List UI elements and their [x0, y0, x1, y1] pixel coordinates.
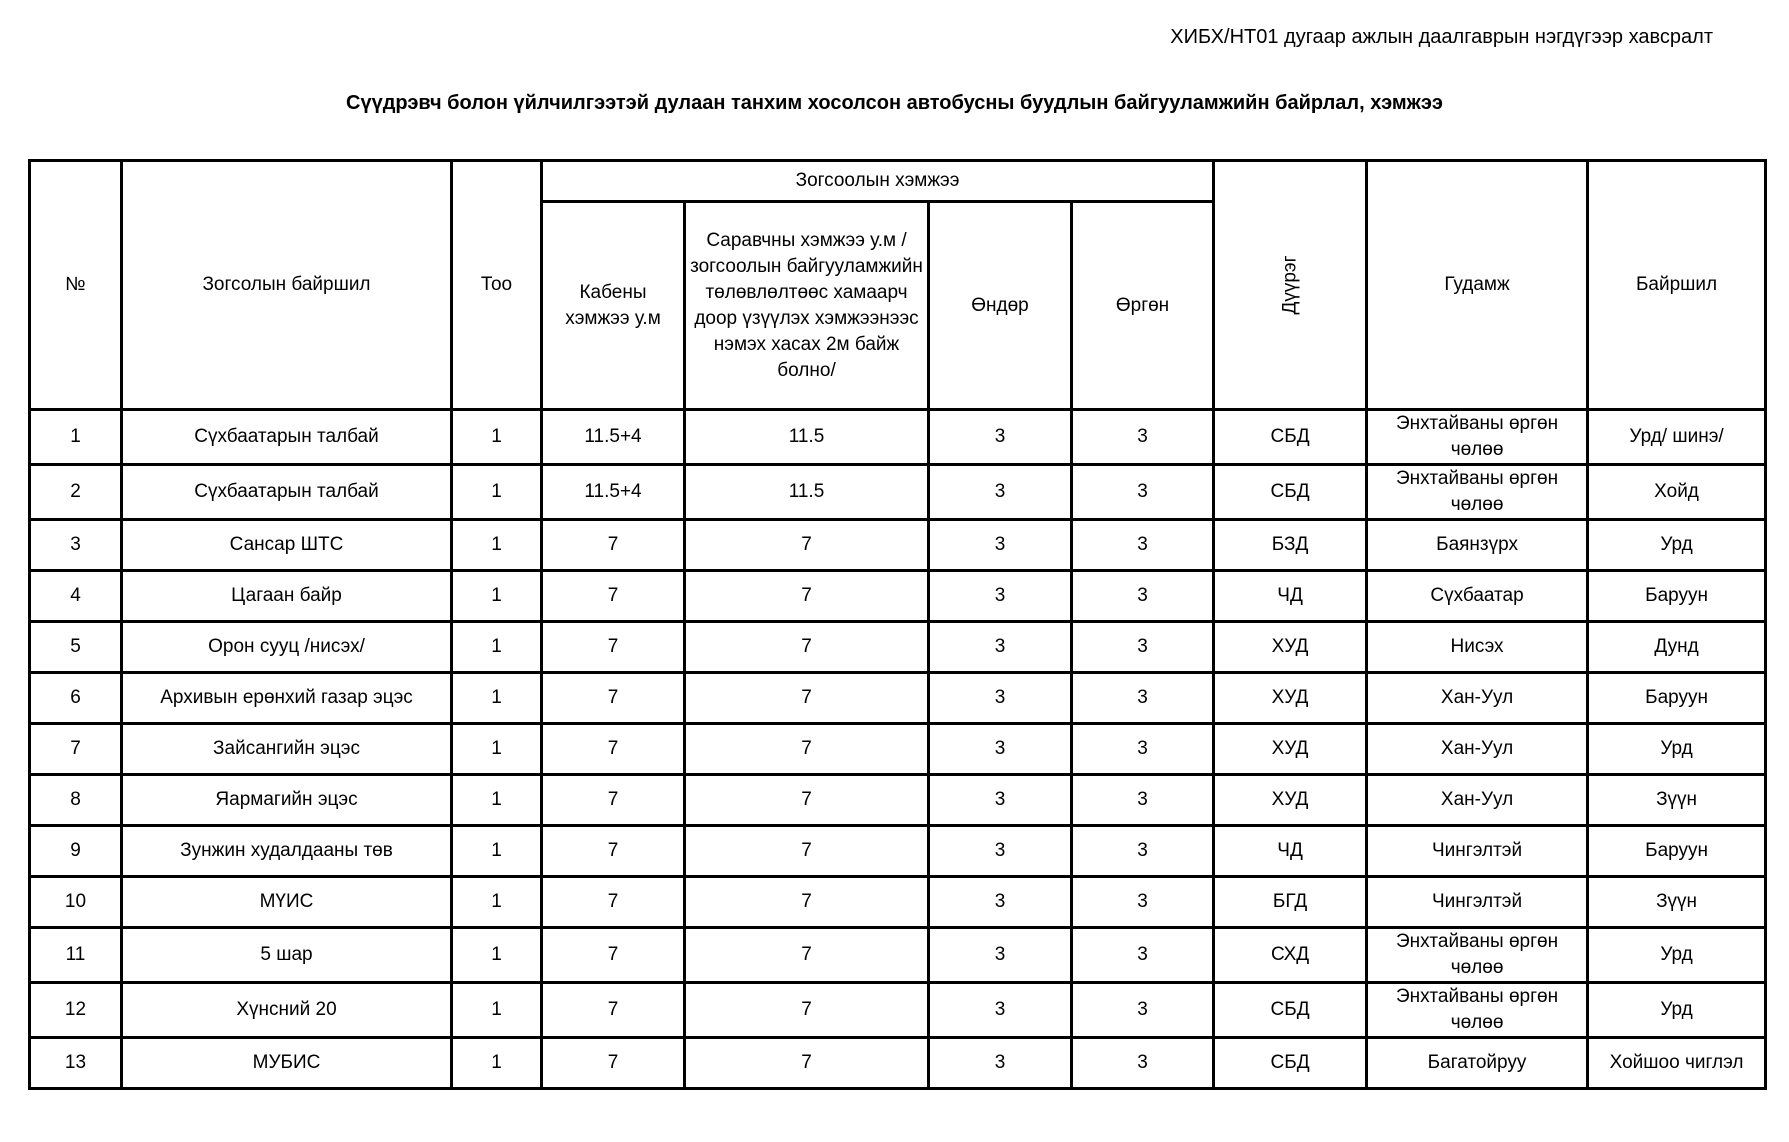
- cell-district: ЧД: [1214, 571, 1367, 622]
- table-row: 9Зунжин худалдааны төв17733ЧДЧингэлтэйБа…: [30, 826, 1766, 877]
- document-title: Сүүдрэвч болон үйлчилгээтэй дулаан танхи…: [0, 92, 1789, 115]
- cell-count: 1: [452, 983, 542, 1038]
- cell-height: 3: [929, 1038, 1072, 1089]
- cell-canopy: 11.5: [685, 465, 929, 520]
- header-height: Өндөр: [929, 202, 1072, 410]
- cell-district: СБД: [1214, 465, 1367, 520]
- table-row: 1Сүхбаатарын талбай111.5+411.533СБДЭнхта…: [30, 410, 1766, 465]
- cell-canopy: 7: [685, 1038, 929, 1089]
- cell-width: 3: [1072, 571, 1214, 622]
- cell-no: 4: [30, 571, 122, 622]
- cell-cabin: 7: [542, 520, 685, 571]
- cell-district: ХУД: [1214, 775, 1367, 826]
- cell-street: Хан-Уул: [1367, 673, 1588, 724]
- cell-no: 12: [30, 983, 122, 1038]
- cell-street: Хан-Уул: [1367, 724, 1588, 775]
- cell-no: 5: [30, 622, 122, 673]
- cell-width: 3: [1072, 673, 1214, 724]
- annex-label: ХИБХ/НТ01 дугаар ажлын даалгаврын нэгдүг…: [1170, 26, 1713, 49]
- header-size-group: Зогсоолын хэмжээ: [542, 161, 1214, 202]
- table-row: 12Хүнсний 2017733СБДЭнхтайваны өргөн чөл…: [30, 983, 1766, 1038]
- cell-count: 1: [452, 826, 542, 877]
- cell-location: Орон сууц /нисэх/: [122, 622, 452, 673]
- cell-position: Баруун: [1588, 826, 1766, 877]
- cell-street: Энхтайваны өргөн чөлөө: [1367, 410, 1588, 465]
- cell-position: Баруун: [1588, 673, 1766, 724]
- bus-stop-table: № Зогсолын байршил Тоо Зогсоолын хэмжээ …: [28, 159, 1767, 1090]
- cell-count: 1: [452, 877, 542, 928]
- cell-street: Хан-Уул: [1367, 775, 1588, 826]
- cell-count: 1: [452, 571, 542, 622]
- cell-position: Хойшоо чиглэл: [1588, 1038, 1766, 1089]
- cell-canopy: 7: [685, 826, 929, 877]
- cell-location: Хүнсний 20: [122, 983, 452, 1038]
- table-row: 5Орон сууц /нисэх/17733ХУДНисэхДунд: [30, 622, 1766, 673]
- cell-location: Зунжин худалдааны төв: [122, 826, 452, 877]
- cell-height: 3: [929, 983, 1072, 1038]
- cell-height: 3: [929, 724, 1072, 775]
- cell-location: Цагаан байр: [122, 571, 452, 622]
- cell-cabin: 11.5+4: [542, 410, 685, 465]
- cell-position: Баруун: [1588, 571, 1766, 622]
- cell-street: Чингэлтэй: [1367, 826, 1588, 877]
- cell-height: 3: [929, 465, 1072, 520]
- cell-cabin: 7: [542, 571, 685, 622]
- cell-width: 3: [1072, 877, 1214, 928]
- table-row: 7Зайсангийн эцэс17733ХУДХан-УулУрд: [30, 724, 1766, 775]
- cell-count: 1: [452, 724, 542, 775]
- cell-count: 1: [452, 1038, 542, 1089]
- cell-street: Нисэх: [1367, 622, 1588, 673]
- cell-district: СБД: [1214, 983, 1367, 1038]
- cell-cabin: 7: [542, 928, 685, 983]
- cell-count: 1: [452, 622, 542, 673]
- cell-count: 1: [452, 520, 542, 571]
- header-count: Тоо: [452, 161, 542, 410]
- cell-cabin: 7: [542, 724, 685, 775]
- cell-width: 3: [1072, 983, 1214, 1038]
- cell-position: Зүүн: [1588, 775, 1766, 826]
- cell-location: Яармагийн эцэс: [122, 775, 452, 826]
- cell-street: Энхтайваны өргөн чөлөө: [1367, 465, 1588, 520]
- cell-street: Чингэлтэй: [1367, 877, 1588, 928]
- cell-district: БГД: [1214, 877, 1367, 928]
- cell-district: ХУД: [1214, 622, 1367, 673]
- cell-width: 3: [1072, 520, 1214, 571]
- cell-count: 1: [452, 775, 542, 826]
- cell-count: 1: [452, 673, 542, 724]
- cell-position: Урд: [1588, 724, 1766, 775]
- cell-height: 3: [929, 826, 1072, 877]
- cell-cabin: 7: [542, 877, 685, 928]
- cell-width: 3: [1072, 465, 1214, 520]
- table-row: 10МҮИС17733БГДЧингэлтэйЗүүн: [30, 877, 1766, 928]
- cell-canopy: 7: [685, 724, 929, 775]
- cell-street: Баянзүрх: [1367, 520, 1588, 571]
- cell-street: Энхтайваны өргөн чөлөө: [1367, 928, 1588, 983]
- cell-width: 3: [1072, 1038, 1214, 1089]
- cell-no: 3: [30, 520, 122, 571]
- table-row: 4Цагаан байр17733ЧДСүхбаатарБаруун: [30, 571, 1766, 622]
- table-row: 115 шар17733СХДЭнхтайваны өргөн чөлөөУрд: [30, 928, 1766, 983]
- cell-position: Зүүн: [1588, 877, 1766, 928]
- header-location: Зогсолын байршил: [122, 161, 452, 410]
- cell-cabin: 11.5+4: [542, 465, 685, 520]
- cell-canopy: 7: [685, 928, 929, 983]
- cell-height: 3: [929, 622, 1072, 673]
- cell-district: СБД: [1214, 1038, 1367, 1089]
- cell-canopy: 7: [685, 622, 929, 673]
- table-row: 13МУБИС17733СБДБагатойрууХойшоо чиглэл: [30, 1038, 1766, 1089]
- cell-width: 3: [1072, 410, 1214, 465]
- cell-canopy: 7: [685, 520, 929, 571]
- cell-height: 3: [929, 673, 1072, 724]
- cell-width: 3: [1072, 775, 1214, 826]
- cell-cabin: 7: [542, 673, 685, 724]
- cell-no: 7: [30, 724, 122, 775]
- cell-height: 3: [929, 410, 1072, 465]
- cell-no: 1: [30, 410, 122, 465]
- cell-width: 3: [1072, 826, 1214, 877]
- cell-cabin: 7: [542, 983, 685, 1038]
- cell-position: Урд: [1588, 520, 1766, 571]
- cell-count: 1: [452, 465, 542, 520]
- cell-district: БЗД: [1214, 520, 1367, 571]
- cell-location: МУБИС: [122, 1038, 452, 1089]
- header-no: №: [30, 161, 122, 410]
- cell-count: 1: [452, 410, 542, 465]
- header-district-label: Дүүрэг: [1277, 255, 1303, 314]
- cell-district: СБД: [1214, 410, 1367, 465]
- cell-no: 2: [30, 465, 122, 520]
- cell-location: Сансар ШТС: [122, 520, 452, 571]
- cell-location: Архивын ерөнхий газар эцэс: [122, 673, 452, 724]
- cell-no: 11: [30, 928, 122, 983]
- cell-cabin: 7: [542, 775, 685, 826]
- cell-street: Энхтайваны өргөн чөлөө: [1367, 983, 1588, 1038]
- cell-canopy: 7: [685, 983, 929, 1038]
- cell-height: 3: [929, 775, 1072, 826]
- cell-location: 5 шар: [122, 928, 452, 983]
- cell-position: Дунд: [1588, 622, 1766, 673]
- header-position: Байршил: [1588, 161, 1766, 410]
- table-row: 2Сүхбаатарын талбай111.5+411.533СБДЭнхта…: [30, 465, 1766, 520]
- cell-width: 3: [1072, 724, 1214, 775]
- cell-no: 10: [30, 877, 122, 928]
- cell-position: Урд: [1588, 983, 1766, 1038]
- cell-canopy: 11.5: [685, 410, 929, 465]
- cell-street: Багатойруу: [1367, 1038, 1588, 1089]
- cell-no: 8: [30, 775, 122, 826]
- table-row: 3Сансар ШТС17733БЗДБаянзүрхУрд: [30, 520, 1766, 571]
- header-cabin-size: Кабены хэмжээ у.м: [542, 202, 685, 410]
- cell-no: 13: [30, 1038, 122, 1089]
- cell-position: Урд: [1588, 928, 1766, 983]
- cell-cabin: 7: [542, 622, 685, 673]
- cell-cabin: 7: [542, 826, 685, 877]
- cell-district: СХД: [1214, 928, 1367, 983]
- cell-district: ЧД: [1214, 826, 1367, 877]
- cell-district: ХУД: [1214, 724, 1367, 775]
- cell-location: МҮИС: [122, 877, 452, 928]
- header-width: Өргөн: [1072, 202, 1214, 410]
- cell-canopy: 7: [685, 673, 929, 724]
- cell-width: 3: [1072, 928, 1214, 983]
- cell-height: 3: [929, 877, 1072, 928]
- cell-height: 3: [929, 520, 1072, 571]
- header-street: Гудамж: [1367, 161, 1588, 410]
- cell-position: Урд/ шинэ/: [1588, 410, 1766, 465]
- cell-canopy: 7: [685, 877, 929, 928]
- cell-canopy: 7: [685, 775, 929, 826]
- cell-location: Сүхбаатарын талбай: [122, 410, 452, 465]
- cell-position: Хойд: [1588, 465, 1766, 520]
- cell-height: 3: [929, 928, 1072, 983]
- cell-no: 6: [30, 673, 122, 724]
- cell-width: 3: [1072, 622, 1214, 673]
- cell-cabin: 7: [542, 1038, 685, 1089]
- header-district: Дүүрэг: [1214, 161, 1367, 410]
- cell-canopy: 7: [685, 571, 929, 622]
- table-row: 8Яармагийн эцэс17733ХУДХан-УулЗүүн: [30, 775, 1766, 826]
- cell-location: Зайсангийн эцэс: [122, 724, 452, 775]
- cell-street: Сүхбаатар: [1367, 571, 1588, 622]
- cell-no: 9: [30, 826, 122, 877]
- header-canopy-size: Саравчны хэмжээ у.м /зогсоолын байгуулам…: [685, 202, 929, 410]
- cell-location: Сүхбаатарын талбай: [122, 465, 452, 520]
- cell-count: 1: [452, 928, 542, 983]
- cell-district: ХУД: [1214, 673, 1367, 724]
- cell-height: 3: [929, 571, 1072, 622]
- table-row: 6Архивын ерөнхий газар эцэс17733ХУДХан-У…: [30, 673, 1766, 724]
